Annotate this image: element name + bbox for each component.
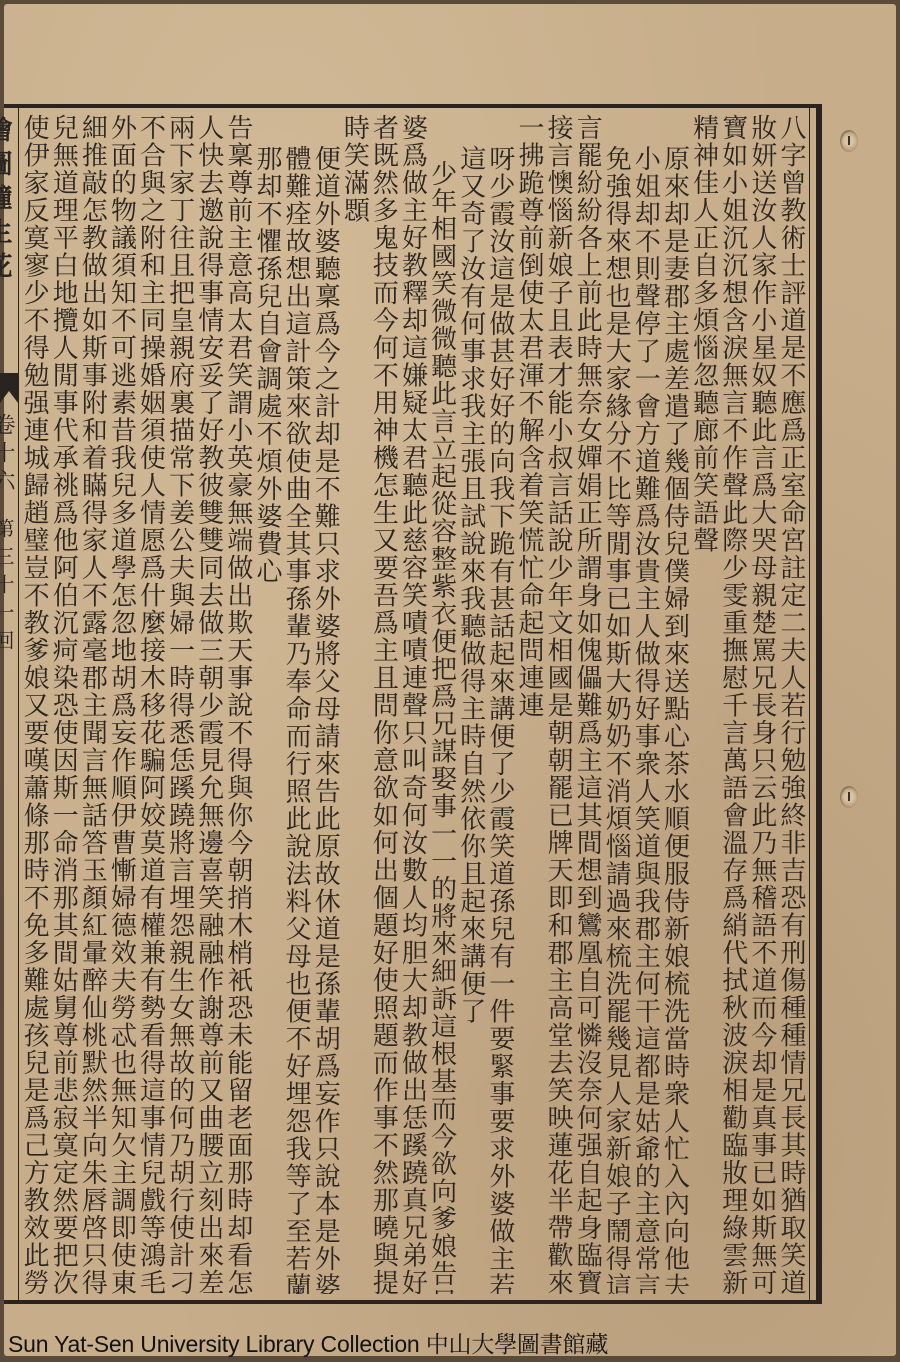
text-column: 妝妍送汝人家作小星奴聽此言爲大哭母親楚罵兄長身只云此乃無稽語不道而今却是真事已如… (748, 114, 777, 1294)
text-column: 便道外婆聽稟爲今之計却是不難只求外婆將父母請來告此原故休道是孫輩胡爲妄作只說本是… (311, 114, 340, 1294)
frame-inner-rule (809, 108, 810, 1300)
text-columns: 八字曾教術士評道是不應爲正室命宮註定二夫人若行勉強終非吉恐有刑傷種種情兄長其時猶… (20, 114, 806, 1294)
text-column: 那却不懼孫兒自會調處不煩外婆費心 (253, 114, 282, 1294)
text-column: 兒無道理平白地攬人閒事代承祧爲他阿伯沉疴染恐使因斯一命消那其間姑舅尊前悲寂寞定然… (49, 114, 78, 1294)
text-column: 一拂跪尊前倒使太君渾不解含着笑慌忙命起問連連 (515, 114, 544, 1294)
text-column: 婆爲做主好教釋却這嫌疑太君聽此慈容笑嘖嘖連聲只叫奇何汝數人均胆大却教做出恁蹊蹺真… (398, 114, 427, 1294)
fishtail-mark-icon (0, 373, 18, 403)
text-column: 原來却是妻郡主處差遣了幾個侍兒僕婦到來送點心茶水順便服侍新娘梳洗當時衆人忙入內向… (660, 114, 689, 1294)
text-column: 外面的物議須知不可逃素昔我兒多道學怎忽地胡爲妄作順伊曹慚婦德效夫勞忒也無知欠主調… (107, 114, 136, 1294)
text-column: 告稟尊前主意高太君笑謂小英豪無端做出欺天事說不得與你今朝捎木梢衹恐未能留老面那時… (224, 114, 253, 1294)
center-margin: 繪圖鐘生花 卷十六 第三十一回 (4, 108, 19, 1300)
text-frame: 繪圖鐘生花 卷十六 第三十一回 八字曾教術士評道是不應爲正室命宮註定二夫人若行勉… (4, 104, 822, 1304)
text-column: 這又奇了汝有何事求我主張且試說來我聽做得主時自然依你且起來講便了 (457, 114, 486, 1294)
text-column: 時笑滿顋 (340, 114, 369, 1294)
text-column: 者既然多鬼技而今何不用神機怎生又要吾爲主且問你意欲如何出個題好使照題而作事不然那… (369, 114, 398, 1294)
text-column: 呀少霞汝這是做甚好好的向我下跪有甚話起來講便了少霞笑道孫兒有一件要緊事要求外婆做… (486, 114, 515, 1294)
text-column: 接言懊惱新娘子且表才能小叔言話說少年文相國是朝朝罷已牌天即和郡主高堂去笑映蓮花半… (544, 114, 573, 1294)
text-column: 小姐却不則聲停了一會方道難爲汝貴主人做得好事衆人笑道與我郡主何干這都是姑爺的主意… (631, 114, 660, 1294)
chapter-label: 第三十一回 (0, 518, 18, 658)
text-column: 免強得來想也是大家緣分不比等閒事已如斯大奶奶不消煩惱請過來梳洗罷幾見人家新娘子鬧… (602, 114, 631, 1294)
text-column: 體難痊故想出這計策來欲使曲全其事孫輩乃奉命而行照此說法料父母也便不好埋怨我等了至… (282, 114, 311, 1294)
text-column: 言罷紛紛各上前此時無奈女嬋娟正所謂身如傀儡難爲主這其間想到鸞凰自可憐沒奈何强自起… (573, 114, 602, 1294)
binding-hole-icon (840, 130, 858, 152)
binding-hole-icon (840, 786, 858, 808)
text-column: 兩下家丁往且把皇親府裏描常下姜公夫與婦一時得悉恁蹊蹺將言埋怨親生女無故的何乃胡行… (166, 114, 195, 1294)
text-column: 少年相國笑微微聽此言立起從容整紫衣便把爲兄謀娶事一一的將來細訴這根基而今欲向爹娘… (428, 114, 457, 1294)
text-column: 精神佳人正自多煩惱忽聽廊前笑語聲 (690, 114, 719, 1294)
book-page: 繪圖鐘生花 卷十六 第三十一回 八字曾教術士評道是不應爲正室命宮註定二夫人若行勉… (4, 4, 896, 1356)
library-watermark: Sun Yat-Sen University Library Collectio… (8, 1326, 608, 1359)
text-column: 寶如小姐沉沉想含淚無言不作聲此際少雯重撫慰千言萬語會溫存爲綃代拭秋波淚相勸臨妝理… (719, 114, 748, 1294)
text-column: 不合與之附和主同操婚姻須使人情愿爲什麼接木移花騙阿姣莫道有權兼有勢看得這事情兒戲… (136, 114, 165, 1294)
text-column: 八字曾教術士評道是不應爲正室命宮註定二夫人若行勉強終非吉恐有刑傷種種情兄長其時猶… (777, 114, 806, 1294)
volume-label: 卷十六 (0, 413, 18, 497)
text-column: 細推敲怎教做出如斯事附和着瞞得家人不露毫郡主聞言無話答玉顏紅暈醉仙桃默然半向朱唇… (78, 114, 107, 1294)
book-title: 繪圖鐘生花 (0, 116, 16, 286)
text-column: 人快去邀說得事情安妥了好教彼雙雙同去做三朝少霞見允無邊喜笑融融作謝尊前又曲腰立刻… (195, 114, 224, 1294)
text-column: 使伊家反寞寥少不得勉强連城歸趙璧豈不教爹娘又要嘆蕭條那時不免多難處孩兒是爲己方教… (20, 114, 49, 1294)
